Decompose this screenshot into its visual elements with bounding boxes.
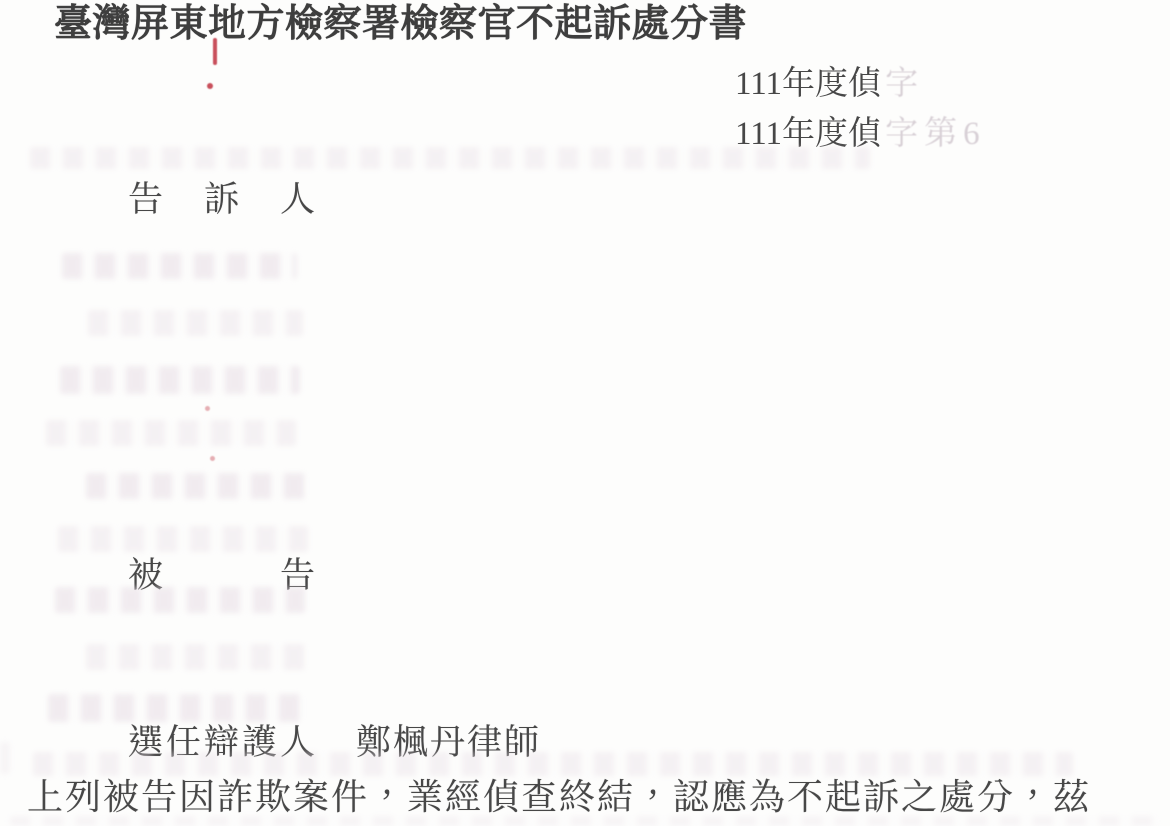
defendant-label: 被 告: [128, 556, 318, 596]
redacted-text-smudge: [86, 644, 306, 670]
redacted-text-smudge: [88, 310, 303, 336]
case-number-faded-text: 字: [885, 66, 924, 102]
case-number-faded-text: 字第6: [885, 116, 986, 152]
redacted-text-smudge: [48, 694, 303, 722]
case-number-line-2: 111年度偵字第6: [735, 114, 986, 154]
redacted-text-smudge: [46, 420, 296, 446]
case-number-text: 111年度偵: [735, 66, 881, 102]
counsel-name: 鄭楓丹律師: [356, 723, 541, 762]
red-pen-dot: [207, 83, 213, 89]
red-pen-dot: [205, 406, 210, 411]
redacted-text-smudge: [86, 473, 306, 499]
redacted-text-smudge: [62, 253, 297, 279]
red-pen-dot: [210, 456, 215, 461]
counsel-label: 選任辯護人: [128, 723, 318, 762]
document-title: 臺灣屏東地方檢察署檢察官不起訴處分書: [54, 2, 747, 46]
redacted-text-smudge: [58, 526, 308, 552]
case-number-line-1: 111年度偵字: [735, 64, 924, 104]
edge-artifact-smudge: [0, 742, 10, 774]
case-number-text: 111年度偵: [735, 116, 881, 152]
counsel-row: 選任辯護人鄭楓丹律師: [128, 723, 541, 763]
complainant-label: 告 訴 人: [128, 180, 318, 220]
body-text-line: 上列被告因詐欺案件，業經偵查終結，認應為不起訴之處分，茲: [27, 775, 1091, 819]
redacted-text-smudge: [60, 366, 300, 394]
scanned-document-page: 臺灣屏東地方檢察署檢察官不起訴處分書 111年度偵字 111年度偵字第6 告 訴…: [0, 0, 1170, 826]
